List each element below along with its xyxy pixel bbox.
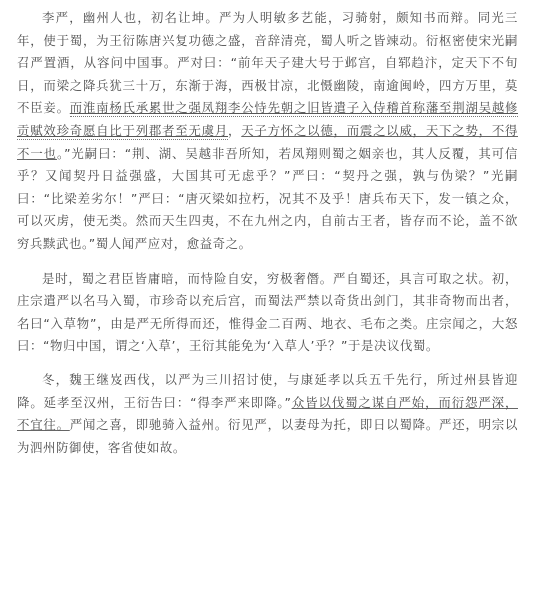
text-segment: 严闻之喜，即驰骑入益州。衍见严，以妻母为托，即日以蜀降。严还，明宗以为泗州防御使… — [17, 417, 518, 455]
paragraph-2: 是时，蜀之君臣皆庸暗，而恃险自安，穷极奢僭。严自蜀还，具言可取之状。初，庄宗遣严… — [17, 268, 518, 358]
text-segment: ， — [228, 123, 241, 138]
text-segment: 。”光嗣曰：“荆、湖、吴越非吾所知，若凤翔则蜀之姻亲也，其人反覆，其可信乎？又闻… — [17, 146, 518, 251]
paragraph-1: 李严，幽州人也，初名让坤。严为人明敏多艺能，习骑射，颇知书而辩。同光三年，使于蜀… — [17, 7, 518, 256]
text-segment: 是时，蜀之君臣皆庸暗，而恃险自安，穷极奢僭。严自蜀还，具言可取之状。初，庄宗遣严… — [17, 271, 518, 354]
paragraph-3: 冬，魏王继岌西伐，以严为三川招讨使，与康延孝以兵五千先行，所过州县皆迎降。延孝至… — [17, 369, 518, 459]
document-page: 李严，幽州人也，初名让坤。严为人明敏多艺能，习骑射，颇知书而辩。同光三年，使于蜀… — [0, 0, 536, 609]
